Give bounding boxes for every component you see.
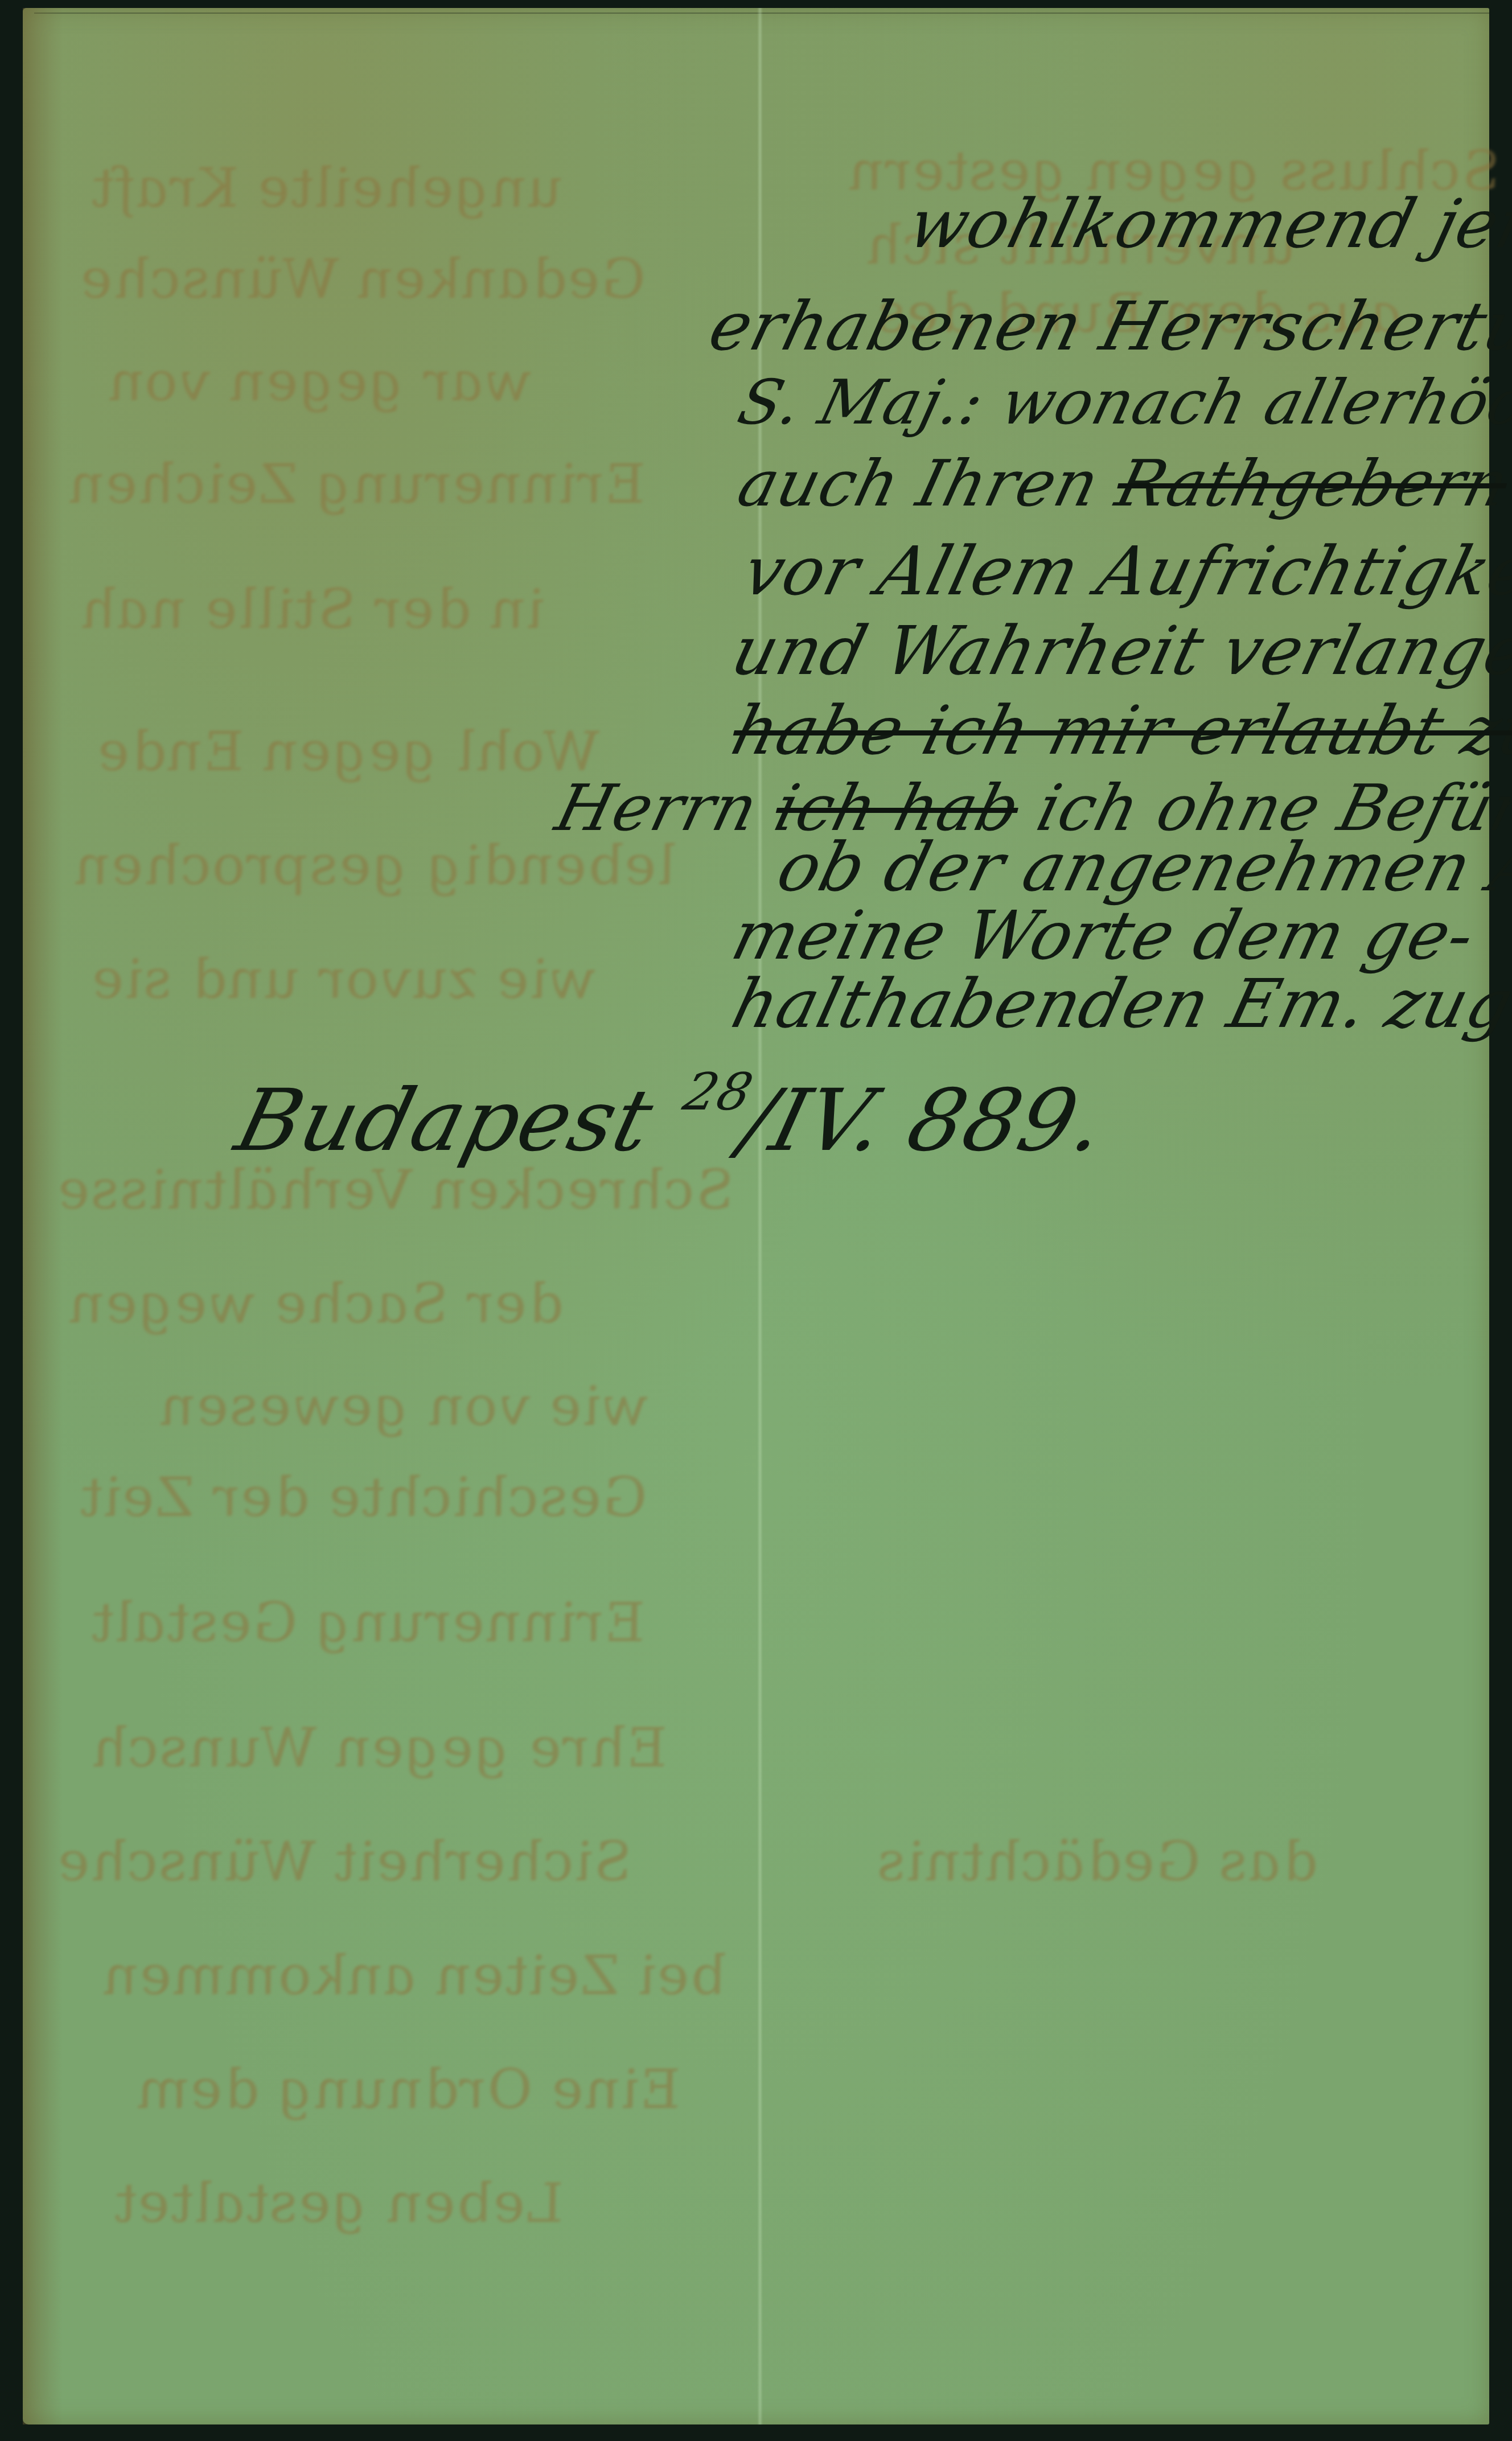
bleed-through-text: war gegen von [101, 350, 539, 413]
bleed-through-text: Wohl gegen Ende [90, 720, 606, 783]
struck-word: Rathgebern [1109, 447, 1512, 521]
bleed-through-text: bei Zeiten ankommen [96, 1943, 733, 2007]
struck-line: habe ich mir erlaubt zu erwäh [726, 697, 1512, 764]
bleed-through-text: Ehre gegen Wunsch [84, 1716, 673, 1780]
bleed-through-text: wie zuvor und sie [84, 947, 603, 1011]
letter-line: halthabenden Em. zugehen. [726, 970, 1512, 1037]
letter-line: S. Maj.: wonach allerhöchstdieselben [733, 372, 1512, 434]
letter-line: ob der angenehmen Arbeit [771, 833, 1512, 901]
bleed-through-text: in der Stille nah [73, 577, 551, 641]
date-month-year: IV. 889. [761, 1071, 1115, 1170]
dateline: Budapest 28/IV. 889. [228, 1078, 1114, 1164]
letter-line: meine Worte dem ge- [726, 902, 1481, 969]
bleed-through-text: wie von gewesen [153, 1374, 656, 1438]
bleed-through-text: Gedanken Wünsche [73, 247, 652, 311]
bleed-through-text: Erinnerung Zeichen [61, 452, 652, 516]
paper-sheet: Schluss gegen gestern unverhüllt sich au… [23, 8, 1489, 2424]
bleed-through-text: Leben gestaltet [107, 2171, 570, 2235]
bleed-through-text: Eine Ordnung dem [130, 2057, 687, 2121]
letter-line: auch Ihren Rathgebern Räthen [732, 452, 1512, 516]
bleed-through-text: ungeheilte Kraft [84, 156, 570, 220]
letter-line: wohlkommend jener [902, 190, 1512, 257]
bleed-through-text: Erinnerung Gestalt [84, 1591, 651, 1654]
bleed-through-text: Geschichte der Zeit [73, 1465, 654, 1529]
letter-line: und Wahrheit verlangen, [726, 617, 1512, 684]
text-segment: auch Ihren [731, 447, 1128, 521]
bleed-through-text: Sicherheit Wünsche [50, 1830, 638, 1893]
bleed-through-text: das Gedächtnis [870, 1830, 1324, 1893]
letter-line: vor Allem Aufrichtigkeit [737, 537, 1512, 605]
bleed-through-text: der Sache wegen [61, 1272, 570, 1335]
date-place: Budapest [227, 1071, 663, 1170]
text-segment: Herrn [549, 771, 786, 845]
letter-line: erhabenen Herrschertugendhaft [703, 293, 1512, 360]
